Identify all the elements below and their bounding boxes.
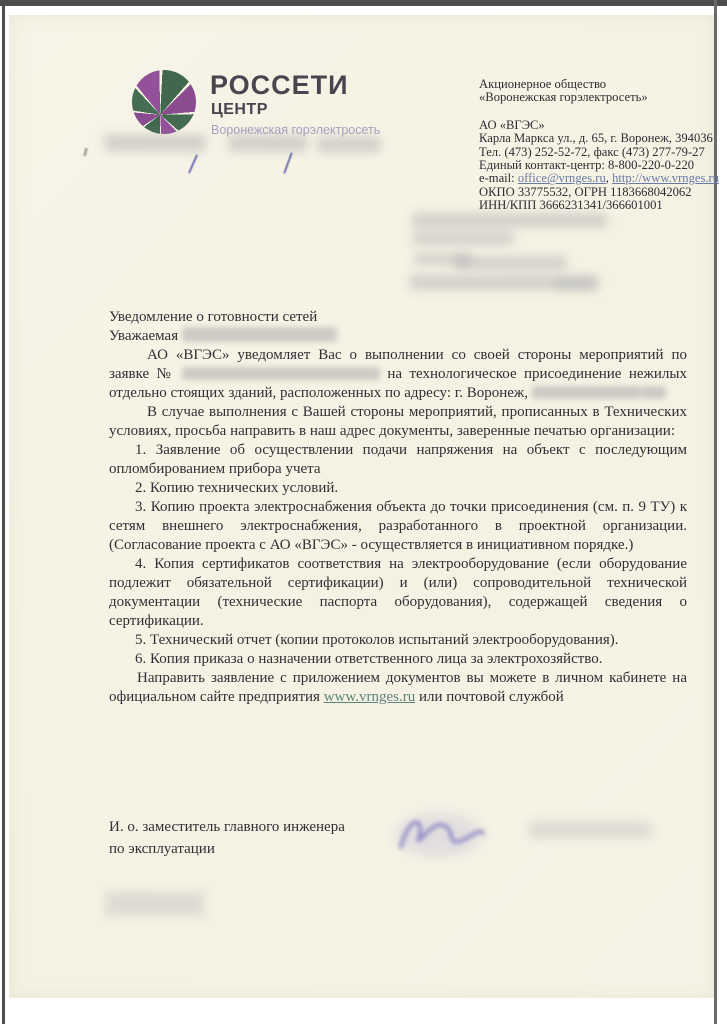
redacted-address-tail	[642, 386, 666, 399]
scan-edge-left	[2, 0, 5, 1024]
website-link: http://www.vrnges.ru	[612, 171, 719, 185]
pen-slash-icon	[188, 154, 198, 173]
subject-line: Уведомление о готовности сетей	[109, 308, 687, 327]
list-item-3: 3. Копию проекта электроснабжения объект…	[109, 498, 687, 555]
redacted-footer-note	[105, 891, 205, 917]
letter-page: РОССЕТИ ЦЕНТР Воронежская горэлектросеть…	[9, 15, 714, 998]
signature-block: И. о. заместитель главного инженера по э…	[109, 816, 345, 860]
logo-subbrand: ЦЕНТР	[211, 101, 268, 119]
redacted-signer-name	[528, 821, 652, 839]
list-item-5: 5. Технический отчет (копии протоколов и…	[109, 631, 687, 650]
redacted-ref-date	[228, 134, 308, 152]
sender-address: Карла Маркса ул., д. 65, г. Воронеж, 394…	[479, 132, 725, 145]
signer-title-line2: по эксплуатации	[109, 838, 345, 860]
handwritten-signature	[387, 803, 497, 867]
scan-edge-top	[0, 0, 727, 6]
logo-brand: РОССЕТИ	[210, 70, 349, 101]
paragraph-notification: АО «ВГЭС» уведомляет Вас о выполнении со…	[109, 346, 687, 403]
email-link: office@vrnges.ru	[518, 171, 606, 185]
list-item-6: 6. Копия приказа о назначении ответствен…	[109, 650, 687, 669]
list-item-4: 4. Копия сертификатов соответствия на эл…	[109, 555, 687, 631]
pen-slash-icon	[283, 152, 292, 173]
redacted-recipient-name	[182, 327, 337, 342]
rosseti-globe-icon	[132, 70, 196, 134]
pen-mark	[83, 148, 88, 156]
redacted-ref-extra	[317, 136, 381, 153]
salutation-line: Уважаемая	[109, 327, 687, 346]
sender-okpo-ogrn: ОКПО 33775532, ОГРН 1183668042062	[479, 186, 725, 199]
list-item-2: 2. Копию технических условий.	[109, 479, 687, 498]
scanned-letter: РОССЕТИ ЦЕНТР Воронежская горэлектросеть…	[0, 0, 727, 1024]
website-text-link: www.vrnges.ru	[324, 689, 416, 705]
sender-short-name: АО «ВГЭС»	[479, 119, 725, 132]
sender-block: Акционерное общество «Воронежская горэле…	[479, 78, 725, 213]
list-item-1: 1. Заявление об осуществлении подачи нап…	[109, 441, 687, 479]
redacted-ref-number	[104, 134, 206, 152]
letter-body: Уведомление о готовности сетей Уважаемая…	[109, 308, 687, 707]
email-label: e-mail:	[479, 171, 518, 185]
paragraph-closing: Направить заявление с приложением докуме…	[109, 669, 687, 707]
sender-contact-center: Единый контакт-центр: 8-800-220-0-220	[479, 159, 725, 172]
sender-org-line2: «Воронежская горэлектросеть»	[479, 91, 725, 104]
sender-org-line1: Акционерное общество	[479, 78, 725, 91]
sender-inn-kpp: ИНН/КПП 3666231341/366601001	[479, 199, 725, 212]
redacted-application-number	[182, 367, 380, 380]
signer-title-line1: И. о. заместитель главного инженера	[109, 816, 345, 838]
sender-phones: Тел. (473) 252-52-72, факс (473) 277-79-…	[479, 146, 725, 159]
sender-email-line: e-mail: office@vrnges.ru, http://www.vrn…	[479, 172, 725, 185]
paragraph-instructions: В случае выполнения с Вашей стороны меро…	[109, 403, 687, 441]
redacted-address	[532, 386, 642, 399]
